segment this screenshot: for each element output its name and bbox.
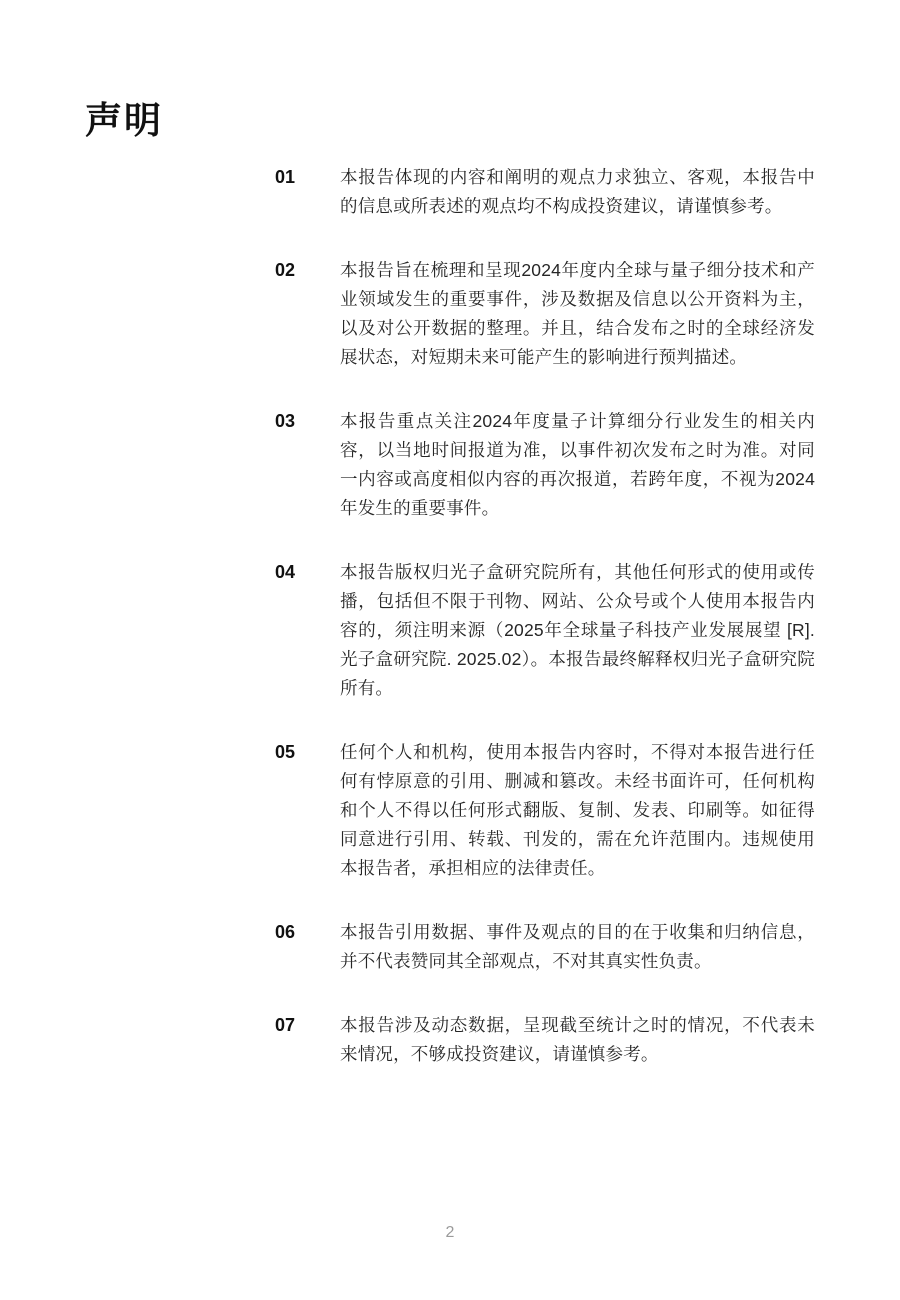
disclaimer-list: 01 本报告体现的内容和阐明的观点力求独立、客观，本报告中的信息或所表述的观点均… [275,163,815,1104]
item-text: 本报告涉及动态数据，呈现截至统计之时的情况，不代表未来情况，不够成投资建议，请谨… [340,1011,815,1069]
item-text: 本报告引用数据、事件及观点的目的在于收集和归纳信息，并不代表赞同其全部观点，不对… [340,918,815,976]
document-page: 声明 01 本报告体现的内容和阐明的观点力求独立、客观，本报告中的信息或所表述的… [0,0,900,1300]
item-number: 04 [275,558,340,587]
page-title: 声明 [85,99,163,143]
item-text: 任何个人和机构，使用本报告内容时，不得对本报告进行任何有悖原意的引用、删减和篡改… [340,738,815,883]
item-number: 01 [275,163,340,192]
item-number: 07 [275,1011,340,1040]
item-text: 本报告旨在梳理和呈现2024年度内全球与量子细分技术和产业领域发生的重要事件，涉… [340,256,815,372]
page-number: 2 [0,1224,900,1242]
item-text: 本报告版权归光子盒研究院所有，其他任何形式的使用或传播，包括但不限于刊物、网站、… [340,558,815,703]
disclaimer-item: 03 本报告重点关注2024年度量子计算细分行业发生的相关内容，以当地时间报道为… [275,407,815,523]
disclaimer-item: 02 本报告旨在梳理和呈现2024年度内全球与量子细分技术和产业领域发生的重要事… [275,256,815,372]
item-number: 06 [275,918,340,947]
disclaimer-item: 01 本报告体现的内容和阐明的观点力求独立、客观，本报告中的信息或所表述的观点均… [275,163,815,221]
disclaimer-item: 04 本报告版权归光子盒研究院所有，其他任何形式的使用或传播，包括但不限于刊物、… [275,558,815,703]
item-text: 本报告体现的内容和阐明的观点力求独立、客观，本报告中的信息或所表述的观点均不构成… [340,163,815,221]
item-number: 02 [275,256,340,285]
disclaimer-item: 07 本报告涉及动态数据，呈现截至统计之时的情况，不代表未来情况，不够成投资建议… [275,1011,815,1069]
item-number: 05 [275,738,340,767]
disclaimer-item: 05 任何个人和机构，使用本报告内容时，不得对本报告进行任何有悖原意的引用、删减… [275,738,815,883]
disclaimer-item: 06 本报告引用数据、事件及观点的目的在于收集和归纳信息，并不代表赞同其全部观点… [275,918,815,976]
item-text: 本报告重点关注2024年度量子计算细分行业发生的相关内容，以当地时间报道为准，以… [340,407,815,523]
item-number: 03 [275,407,340,436]
